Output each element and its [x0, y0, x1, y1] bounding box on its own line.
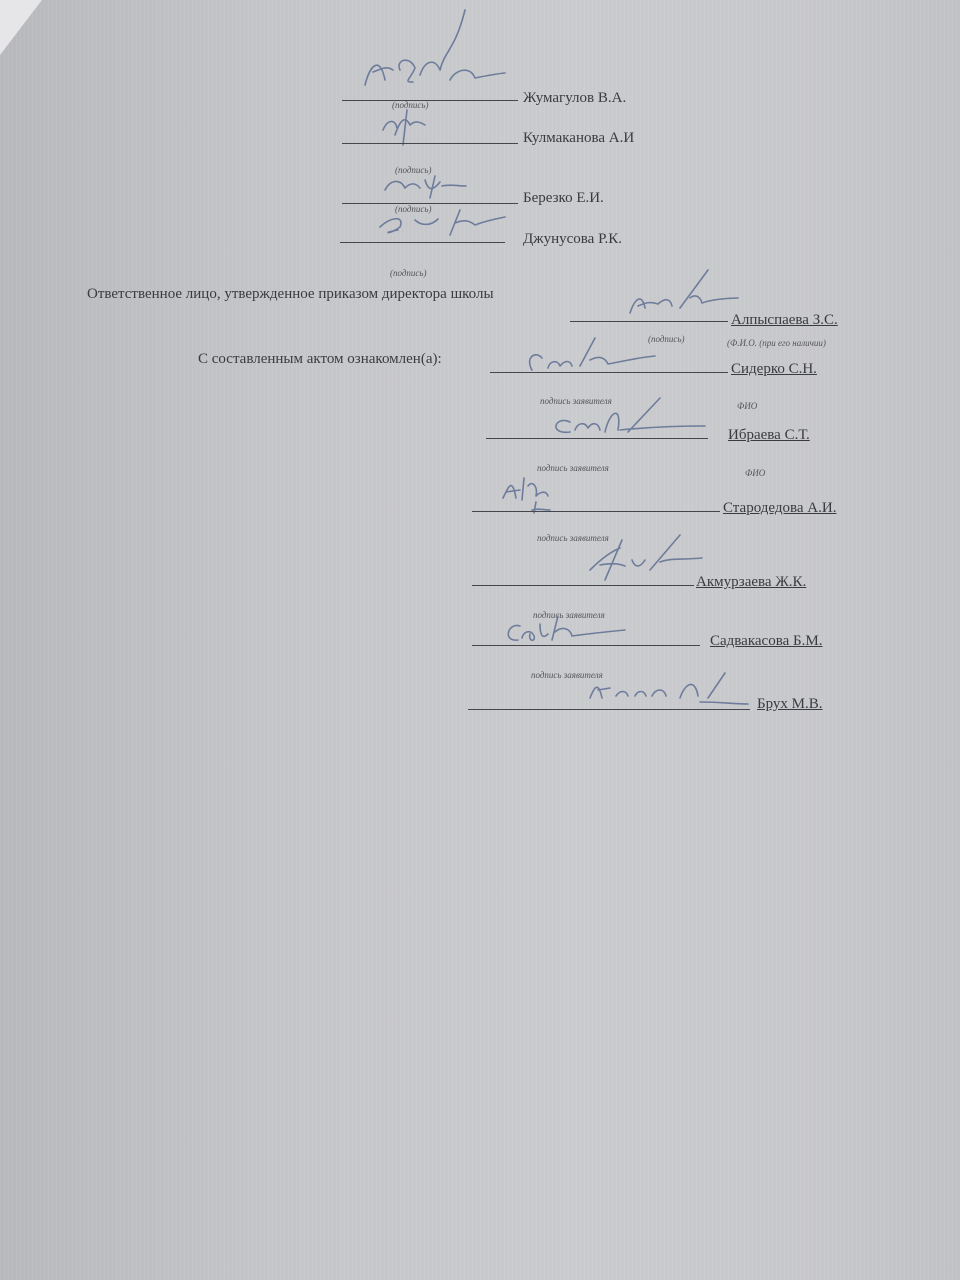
- signature-sadvakasova: [500, 612, 630, 652]
- signature-line: [342, 143, 518, 144]
- signature-line: [468, 709, 750, 710]
- folded-corner: [0, 0, 42, 55]
- signature-line: [486, 438, 708, 439]
- signature-line: [472, 645, 700, 646]
- commission-name: Березко Е.И.: [523, 190, 604, 207]
- signature-zhumagulov: [355, 10, 515, 105]
- name-caption: (Ф.И.О. (при его наличии): [727, 338, 826, 348]
- fio-caption: ФИО: [737, 401, 757, 411]
- signature-akmurzaeva: [580, 530, 710, 585]
- acknowledger-name: Сидерко С.Н.: [731, 361, 817, 378]
- signature-ibraeva: [540, 390, 710, 445]
- responsible-person-name: Алпыспаева З.С.: [731, 312, 838, 329]
- applicant-name: Стародедова А.И.: [723, 500, 836, 517]
- signature-caption: (подпись): [390, 268, 427, 278]
- acknowledgement-label: С составленным актом ознакомлен(а):: [198, 351, 442, 368]
- signature-line: [490, 372, 728, 373]
- fio-caption: ФИО: [745, 468, 765, 478]
- signature-line: [472, 585, 694, 586]
- signature-line: [570, 321, 728, 322]
- signature-line: [472, 511, 720, 512]
- commission-name: Жумагулов В.А.: [523, 90, 626, 107]
- signature-line: [340, 242, 505, 243]
- signature-brukh: [580, 668, 750, 713]
- signature-alpyspaeva: [620, 268, 740, 323]
- applicant-name: Брух М.В.: [757, 696, 823, 713]
- signature-dzhunusova: [370, 205, 510, 250]
- commission-name: Кулмаканова А.И: [523, 130, 634, 147]
- applicant-name: Акмурзаева Ж.К.: [696, 574, 806, 591]
- applicant-name: Ибраева С.Т.: [728, 427, 810, 444]
- applicant-name: Садвакасова Б.М.: [710, 633, 822, 650]
- signature-berezko: [380, 168, 470, 203]
- responsible-person-label: Ответственное лицо, утвержденное приказо…: [87, 286, 494, 303]
- commission-name: Джунусова Р.К.: [523, 231, 622, 248]
